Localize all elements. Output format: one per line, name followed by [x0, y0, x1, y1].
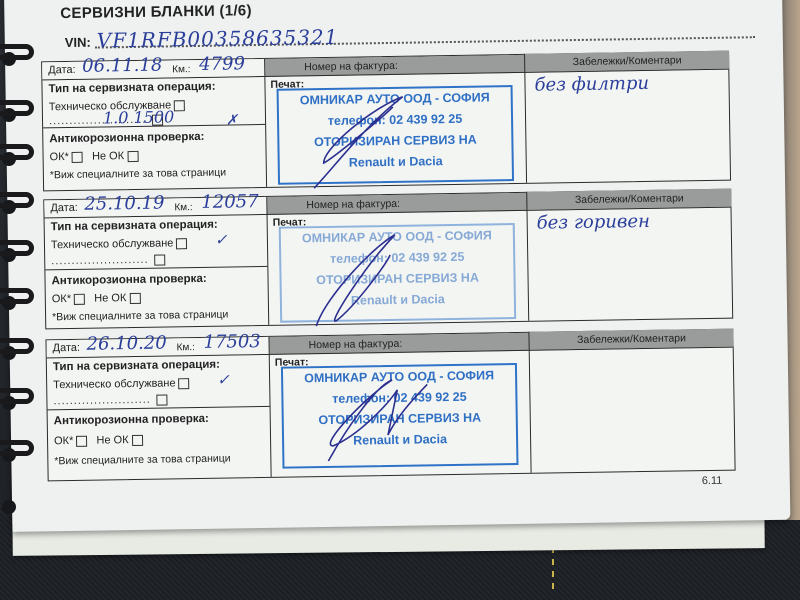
not-ok-checkbox[interactable]	[131, 434, 142, 445]
technical-service-text: Техническо обслужване	[51, 237, 174, 251]
vin-value: VF1RFB00358635321	[97, 25, 339, 53]
binding-ring	[0, 338, 34, 354]
ok-checkbox[interactable]	[74, 293, 85, 304]
service-type-label: Тип на сервизната операция:	[53, 359, 220, 374]
not-ok-label: Не ОК	[96, 434, 128, 447]
date-value: 26.10.20	[86, 332, 166, 354]
page-title: СЕРВИЗНИ БЛАНКИ (1/6)	[60, 2, 252, 22]
km-value: 4799	[199, 53, 245, 75]
stamp-line-4: Renault и Dacia	[280, 150, 512, 175]
anticorrosion-label: Антикорозионна проверка:	[49, 131, 204, 145]
stamp-line-1: ОМНИКАР АУТО ООД - СОФИЯ	[283, 365, 515, 390]
footnote: *Виж специалните за това страници	[50, 167, 226, 182]
ok-label: ОК*	[54, 435, 73, 447]
ok-label: ОК*	[52, 293, 71, 305]
service-type-label: Тип на сервизната операция:	[51, 219, 218, 234]
stamp-line-1: ОМНИКАР АУТО ООД - СОФИЯ	[279, 87, 511, 112]
date-label: Дата:	[53, 342, 81, 354]
binding-hole	[2, 500, 16, 514]
other-checkbox[interactable]	[157, 394, 168, 405]
footnote: *Виж специалните за това страници	[52, 309, 228, 324]
technical-service-label: Техническо обслужване	[53, 377, 190, 391]
stamp-line-3: ОТОРИЗИРАН СЕРВИЗ НА	[279, 129, 511, 154]
not-ok-checkbox[interactable]	[127, 151, 138, 162]
binding-ring	[0, 388, 34, 404]
service-type-label: Тип на сервизната операция:	[48, 81, 215, 96]
technical-service-checkbox[interactable]	[174, 100, 185, 111]
service-entry-2: Дата: 25.10.19 Км.: 12057 Номер на факту…	[43, 189, 733, 330]
dealer-stamp: ОМНИКАР АУТО ООД - СОФИЯ телефон: 02 439…	[279, 223, 516, 323]
vin-label: VIN:	[65, 35, 91, 50]
anticorrosion-label: Антикорозионна проверка:	[51, 273, 206, 287]
remarks-column	[529, 347, 736, 473]
technical-service-checkbox[interactable]	[178, 378, 189, 389]
dealer-stamp: ОМНИКАР АУТО ООД - СОФИЯ телефон: 02 439…	[277, 85, 514, 185]
binding-ring	[0, 192, 34, 208]
page-number: 6.11	[702, 475, 723, 487]
not-ok-label: Не ОК	[92, 150, 124, 163]
invoice-label: Номер на фактура:	[306, 198, 400, 211]
ok-label: ОК*	[50, 151, 69, 163]
service-entry-3: Дата: 26.10.20 Км.: 17503 Номер на факту…	[45, 329, 735, 482]
technical-service-checkmark: ✓	[215, 231, 228, 249]
km-label: Км.:	[174, 202, 192, 213]
ok-option: ОК* Не ОК	[50, 150, 139, 163]
km-value: 17503	[203, 331, 261, 353]
date-value: 06.11.18	[82, 55, 162, 77]
technical-service-checkmark: ✓	[217, 371, 230, 389]
other-line: ........................	[51, 253, 166, 267]
binding-ring	[0, 144, 34, 160]
invoice-label: Номер на фактура:	[308, 338, 402, 351]
binding-ring	[0, 100, 34, 116]
service-booklet-page: СЕРВИЗНИ БЛАНКИ (1/6) VIN: VF1RFB0035863…	[4, 0, 790, 532]
binding-ring	[0, 288, 34, 304]
other-line-dots: ........................	[51, 254, 149, 268]
other-checkmark: ✗	[226, 112, 238, 128]
date-label: Дата:	[50, 202, 78, 214]
footnote: *Виж специалните за това страници	[54, 452, 230, 467]
date-value: 25.10.19	[84, 193, 164, 215]
remark-text: без филтри	[534, 73, 649, 96]
stamp-line-1: ОМНИКАР АУТО ООД - СОФИЯ	[281, 225, 513, 250]
stamp-line-4: Renault и Dacia	[282, 288, 514, 313]
km-label: Км.:	[172, 64, 190, 75]
ok-option: ОК* Не ОК	[52, 292, 141, 305]
not-ok-checkbox[interactable]	[129, 292, 140, 303]
invoice-label: Номер на фактура:	[304, 60, 398, 73]
service-type-column: Тип на сервизната операция: Техническо о…	[47, 354, 272, 480]
binding-ring	[0, 240, 34, 256]
remark-text: без горивен	[537, 211, 651, 234]
ok-option: ОК* Не ОК	[54, 434, 143, 447]
km-value: 12057	[201, 191, 259, 213]
binding-ring	[0, 440, 34, 456]
service-type-column: Тип на сервизната операция: Техническо о…	[45, 214, 270, 328]
binding-ring	[0, 44, 34, 60]
other-handwritten: 1.0 1500	[103, 107, 175, 127]
other-checkbox[interactable]	[154, 254, 165, 265]
ok-checkbox[interactable]	[72, 151, 83, 162]
other-line: ........................	[53, 393, 168, 407]
stamp-line-3: ОТОРИЗИРАН СЕРВИЗ НА	[281, 267, 513, 292]
dealer-stamp: ОМНИКАР АУТО ООД - СОФИЯ телефон: 02 439…	[281, 363, 519, 469]
technical-service-text: Техническо обслужване	[53, 377, 176, 391]
not-ok-label: Не ОК	[94, 292, 126, 305]
service-entry-1: Дата: 06.11.18 Км.: 4799 Номер на фактур…	[41, 51, 731, 192]
technical-service-checkbox[interactable]	[176, 238, 187, 249]
date-label: Дата:	[48, 64, 76, 76]
km-label: Км.:	[177, 342, 195, 353]
anticorrosion-label: Антикорозионна проверка:	[54, 413, 209, 427]
technical-service-label: Техническо обслужване	[51, 237, 188, 251]
stamp-line-3: ОТОРИЗИРАН СЕРВИЗ НА	[284, 407, 516, 432]
other-line-dots: ........................	[53, 394, 151, 408]
stamp-line-4: Renault и Dacia	[284, 428, 516, 453]
service-type-column: Тип на сервизната операция: Техническо о…	[42, 76, 267, 190]
ok-checkbox[interactable]	[76, 435, 87, 446]
